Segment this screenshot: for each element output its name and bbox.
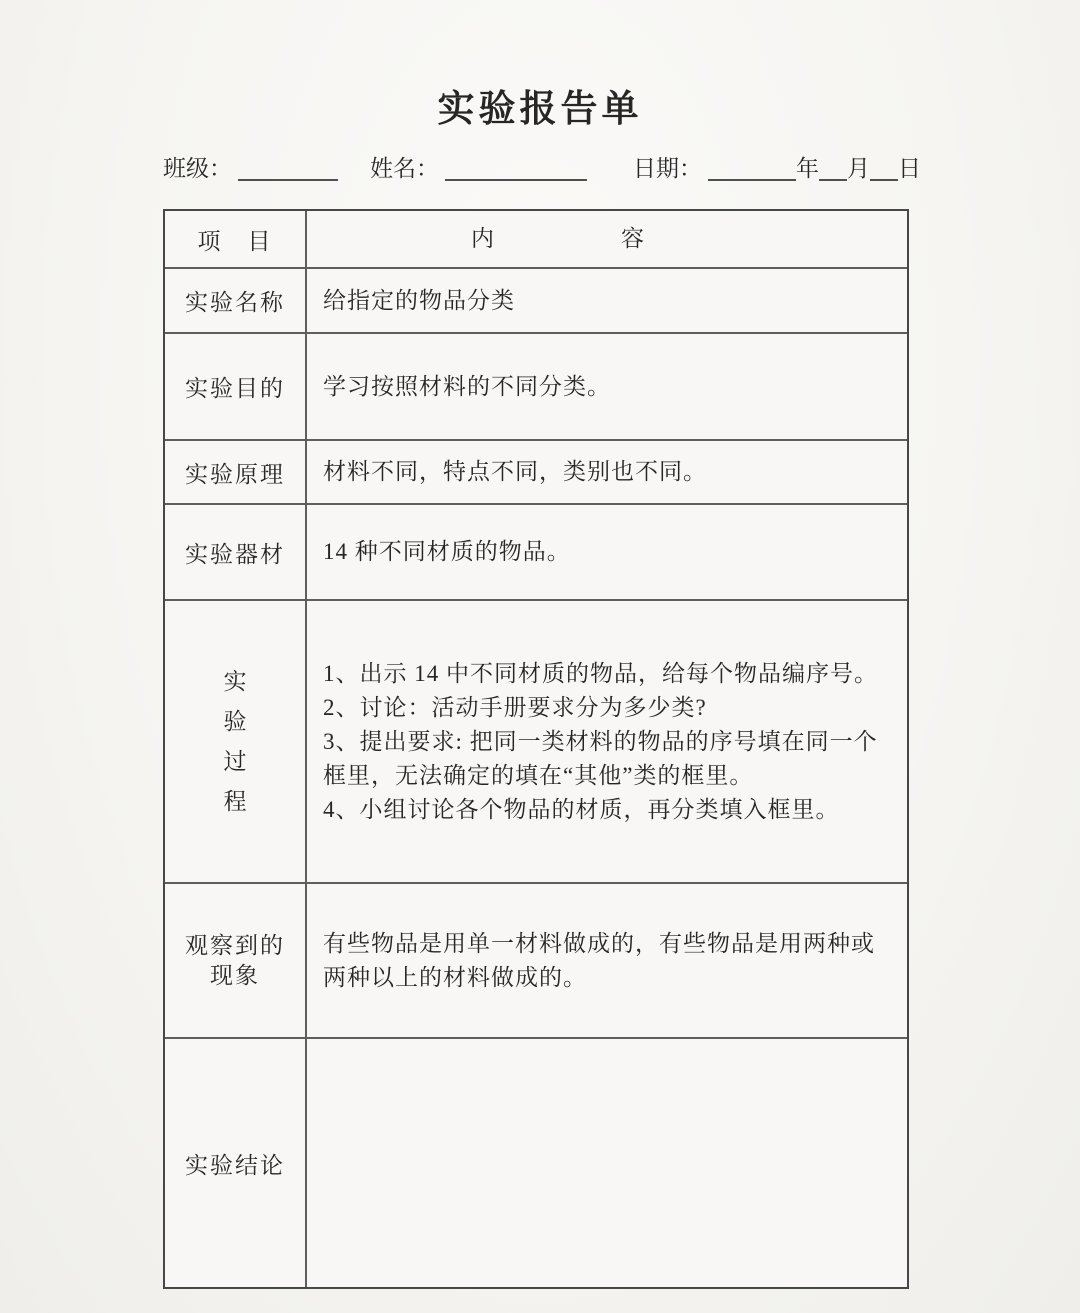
table-row-experiment-purpose: 实验目的 学习按照材料的不同分类。: [165, 332, 907, 439]
row-content: 材料不同，特点不同，类别也不同。: [307, 441, 907, 503]
page-title: 实验报告单: [0, 78, 1080, 132]
table-row-experiment-equipment: 实验器材 14 种不同材质的物品。: [165, 503, 907, 599]
row-label-text: 观察到的现象: [182, 931, 288, 991]
row-content: 给指定的物品分类: [307, 269, 907, 332]
process-step-2: 2、讨论：活动手册要求分为多少类?: [323, 691, 891, 725]
header-item-cell: 项 目: [165, 211, 307, 267]
header-content-cell: 内 容: [307, 211, 907, 267]
row-label: 实验目的: [165, 334, 307, 439]
report-table: 项 目 内 容 实验名称 给指定的物品分类 实验目的 学习按照材料的不同分类。 …: [163, 209, 909, 1289]
header-content-label: 内 容: [323, 222, 646, 256]
table-row-experiment-name: 实验名称 给指定的物品分类: [165, 267, 907, 332]
table-row-experiment-conclusion: 实验结论: [165, 1037, 907, 1287]
row-content: 学习按照材料的不同分类。: [307, 334, 907, 439]
name-blank-line: [445, 158, 587, 181]
name-field: 姓名：: [370, 150, 587, 183]
row-content: 14 种不同材质的物品。: [307, 505, 907, 599]
class-label: 班级：: [163, 156, 232, 181]
date-month-blank-line: [819, 158, 847, 181]
process-step-3: 3、提出要求: 把同一类材料的物品的序号填在同一个框里，无法确定的填在“其他”类…: [323, 725, 891, 793]
row-content: [307, 1039, 907, 1287]
table-header-row: 项 目 内 容: [165, 211, 907, 267]
month-suffix: 月: [847, 156, 870, 181]
date-year-blank-line: [708, 158, 796, 181]
name-label: 姓名：: [370, 156, 439, 181]
process-step-1: 1、出示 14 中不同材质的物品，给每个物品编序号。: [323, 657, 891, 691]
row-label: 实验器材: [165, 505, 307, 599]
row-content: 1、出示 14 中不同材质的物品，给每个物品编序号。 2、讨论：活动手册要求分为…: [307, 601, 907, 882]
row-content: 有些物品是用单一材料做成的，有些物品是用两种或两种以上的材料做成的。: [307, 884, 907, 1037]
date-day-blank-line: [870, 158, 898, 181]
day-suffix: 日: [898, 156, 921, 181]
row-label: 观察到的现象: [165, 884, 307, 1037]
row-label-vertical-text: 实验过程: [222, 662, 248, 822]
row-label: 实验结论: [165, 1039, 307, 1287]
table-row-observed-phenomenon: 观察到的现象 有些物品是用单一材料做成的，有些物品是用两种或两种以上的材料做成的…: [165, 882, 907, 1037]
process-step-4: 4、小组讨论各个物品的材质，再分类填入框里。: [323, 793, 891, 827]
date-label: 日期：: [633, 156, 702, 181]
row-content-text: 有些物品是用单一材料做成的，有些物品是用两种或两种以上的材料做成的。: [323, 927, 891, 995]
table-row-experiment-process: 实验过程 1、出示 14 中不同材质的物品，给每个物品编序号。 2、讨论：活动手…: [165, 599, 907, 882]
table-row-experiment-principle: 实验原理 材料不同，特点不同，类别也不同。: [165, 439, 907, 503]
class-blank-line: [238, 158, 338, 181]
row-content-text: 给指定的物品分类: [323, 284, 891, 318]
row-label: 实验原理: [165, 441, 307, 503]
row-content-text: 材料不同，特点不同，类别也不同。: [323, 455, 891, 489]
class-field: 班级：: [163, 150, 338, 183]
row-label: 实验名称: [165, 269, 307, 332]
date-field: 日期：年月日: [633, 150, 921, 183]
meta-row: 班级： 姓名： 日期：年月日: [0, 150, 1080, 184]
row-label: 实验过程: [165, 601, 307, 882]
row-content-text: 学习按照材料的不同分类。: [323, 370, 891, 404]
year-suffix: 年: [796, 156, 819, 181]
row-content-text: 14 种不同材质的物品。: [323, 535, 891, 569]
